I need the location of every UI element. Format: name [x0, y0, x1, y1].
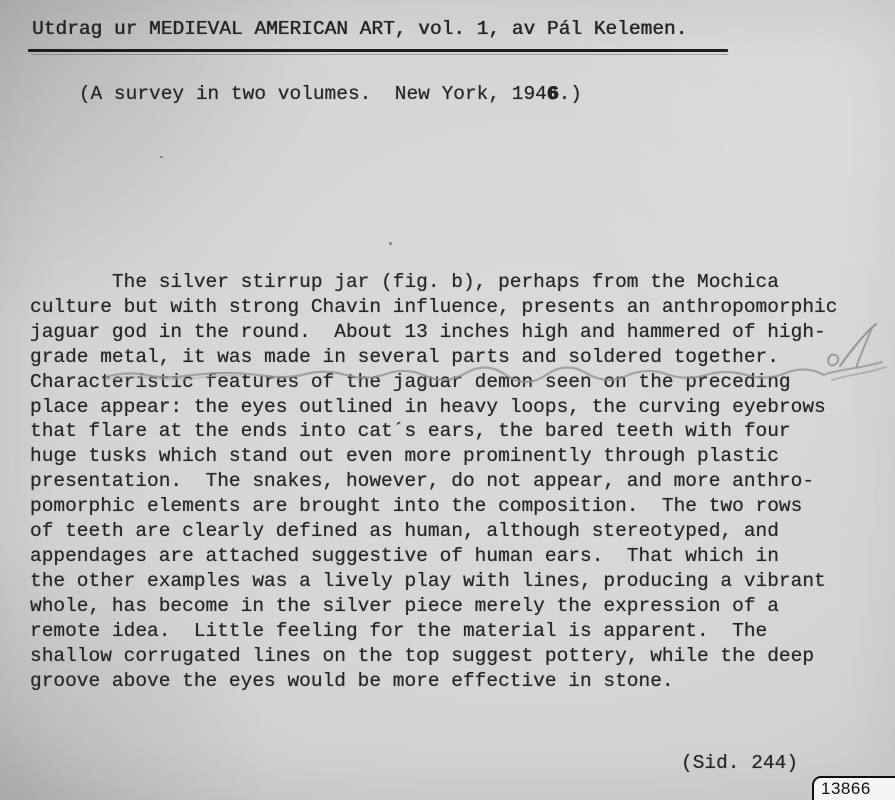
page-reference: (Sid. 244)	[681, 751, 798, 776]
paper-speck	[160, 156, 163, 158]
pencil-wavy-underline	[102, 366, 870, 384]
title-underline-rule	[28, 49, 728, 52]
paper-speck	[389, 242, 392, 245]
document-title: Utdrag ur MEDIEVAL AMERICAN ART, vol. 1,…	[32, 17, 687, 42]
catalog-number-badge: 13866	[812, 776, 895, 800]
scanned-document-page: Utdrag ur MEDIEVAL AMERICAN ART, vol. 1,…	[0, 0, 895, 800]
subtitle-text-pre: (A survey in two volumes. New York, 194	[79, 83, 547, 105]
subtitle-text-post: .)	[559, 83, 582, 105]
subtitle-year-overstruck-digit: 6	[547, 83, 559, 105]
document-subtitle: (A survey in two volumes. New York, 1946…	[32, 57, 582, 132]
pencil-margin-mark	[820, 322, 894, 384]
body-paragraph: The silver stirrup jar (fig. b), perhaps…	[30, 270, 837, 693]
